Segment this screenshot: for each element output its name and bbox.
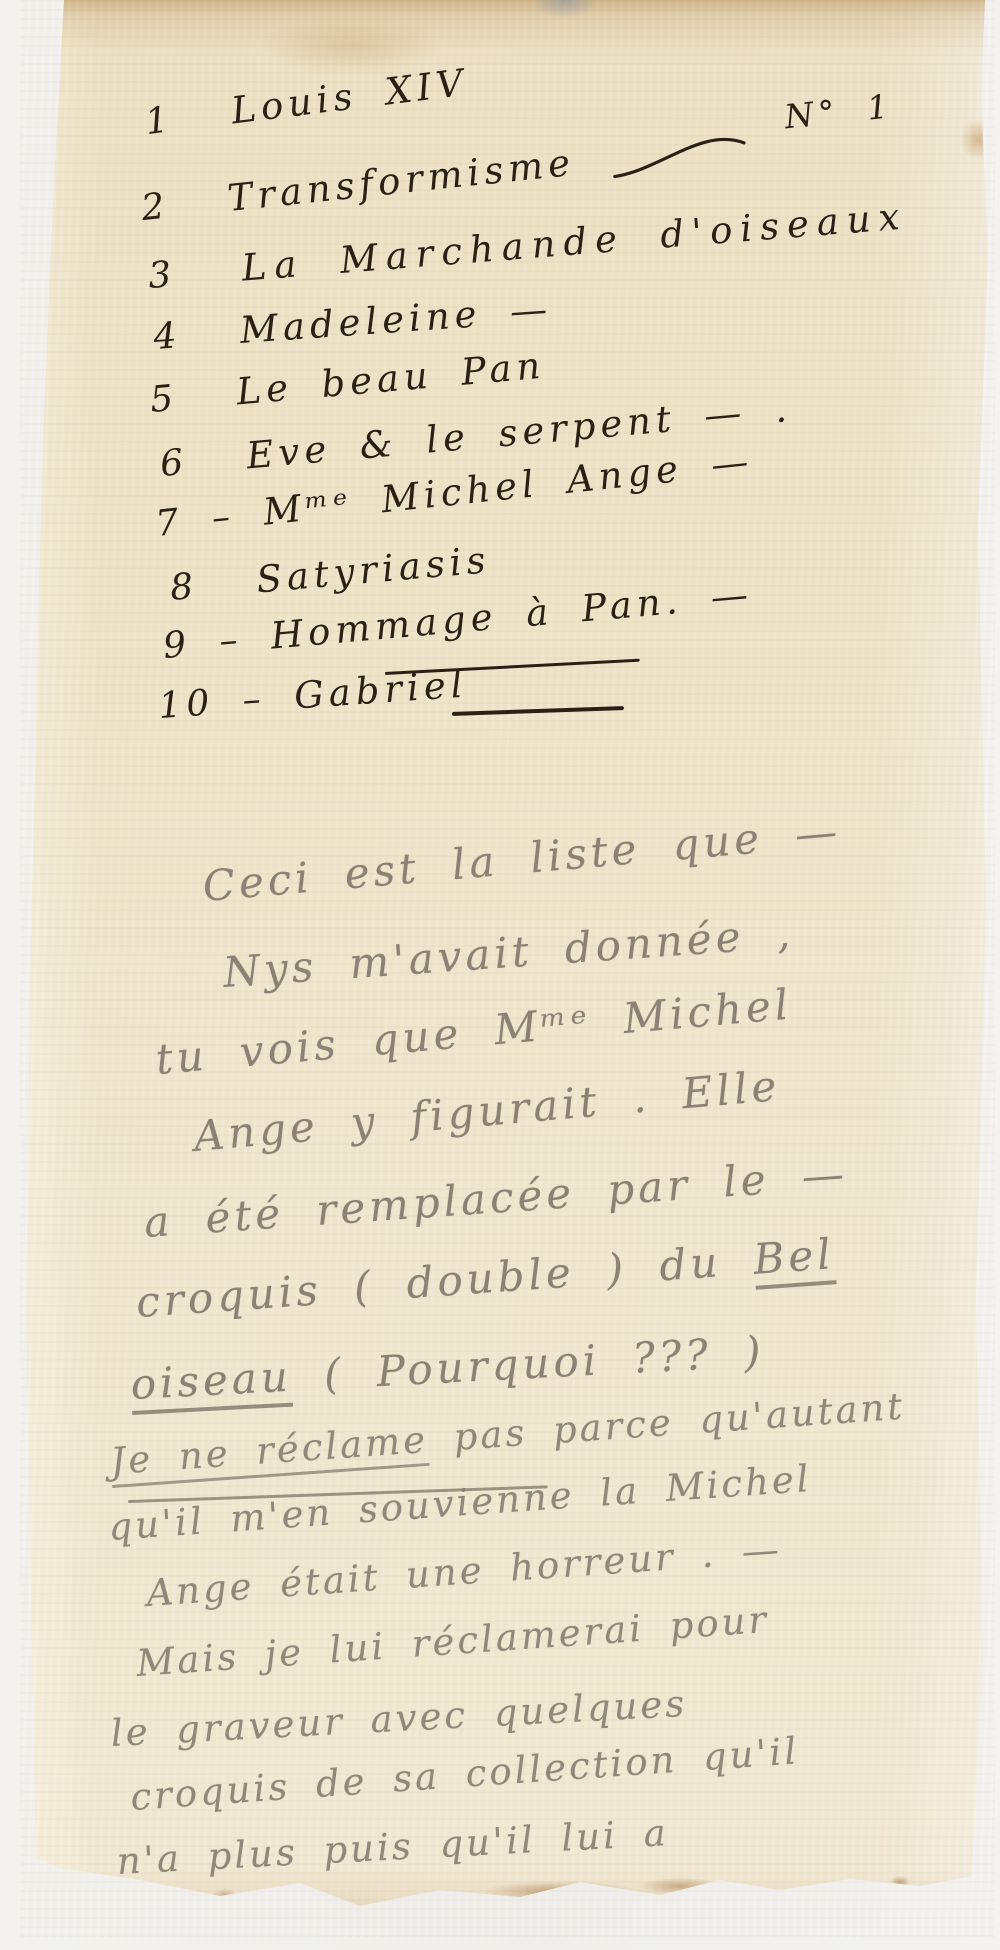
list-item-number: 10 – (157, 679, 267, 727)
list-item-number: 2 (139, 182, 201, 229)
list-item-number: 9 – (161, 619, 244, 667)
note-text-underlined: oiseau (129, 1352, 293, 1415)
list-item-number: 1 (143, 95, 206, 143)
list-item-number: 6 (158, 439, 219, 485)
list-item-number: 7 – (154, 496, 237, 545)
list-item-number: 3 (147, 252, 208, 297)
list-item-number: 8 (168, 563, 229, 609)
list-item-number: 5 (148, 375, 209, 421)
list-item-number: 4 (152, 313, 213, 358)
note-text-underlined: Bel (752, 1229, 837, 1290)
scan-background: 1 Louis XIV 2 Transformisme N° 1 3 La Ma… (0, 0, 1000, 1950)
